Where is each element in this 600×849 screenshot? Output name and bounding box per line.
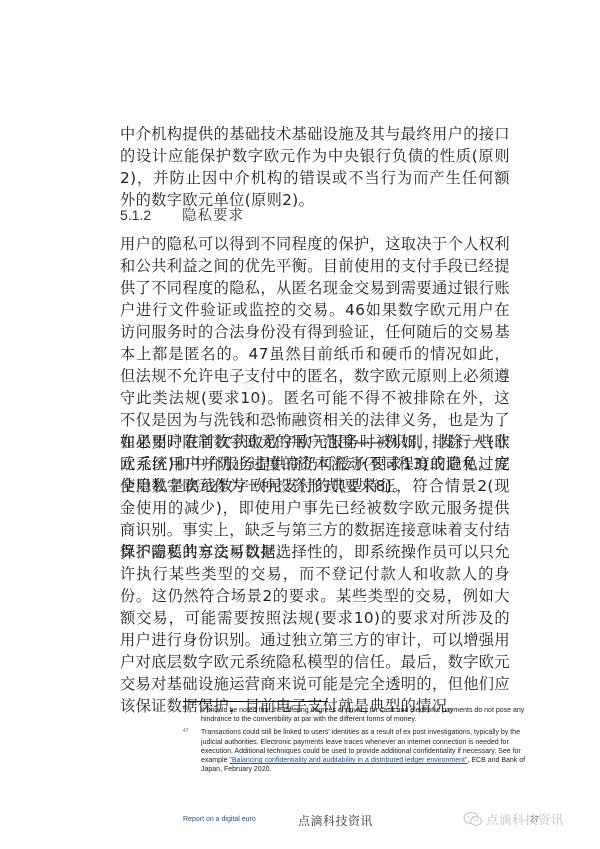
footnote-number: 46 (183, 706, 201, 724)
footer-watermark: 点滴科技资讯 (463, 810, 564, 828)
intro-paragraph: 中介机构提供的基础技术基础设施及其与最终用户的接口的设计应能保护数字欧元作为中央… (120, 123, 510, 211)
footnote-text: Transactions could still be linked to us… (201, 728, 533, 774)
body-paragraph: 保护隐私的方法可以是选择性的，即系统操作员可以只允许执行某些类型的交易，而不登记… (120, 541, 510, 717)
wechat-icon (463, 811, 483, 827)
footnote-number: 47 (183, 728, 201, 774)
footnotes: 46 It should be noted that the differing… (183, 706, 533, 778)
section-heading: 5.1.2 隐私要求 (120, 204, 244, 225)
section-number: 5.1.2 (120, 207, 182, 223)
footnote-text: It should be noted that the differing de… (201, 706, 533, 724)
document-page: 中介机构提供的基础技术基础设施及其与最终用户的接口的设计应能保护数字欧元作为中央… (0, 0, 600, 849)
footnote-divider (183, 701, 328, 702)
footnote-46: 46 It should be noted that the differing… (183, 706, 533, 724)
footnote-reference-link[interactable]: "Balancing confidentiality and auditabil… (229, 757, 467, 764)
watermark-text: 点滴科技资讯 (486, 810, 564, 828)
footer-center-label: 点滴科技资讯 (298, 812, 373, 829)
footnote-47: 47 Transactions could still be linked to… (183, 728, 533, 774)
footer-report-title: Report on a digital euro (183, 816, 256, 823)
section-title: 隐私要求 (182, 204, 244, 225)
